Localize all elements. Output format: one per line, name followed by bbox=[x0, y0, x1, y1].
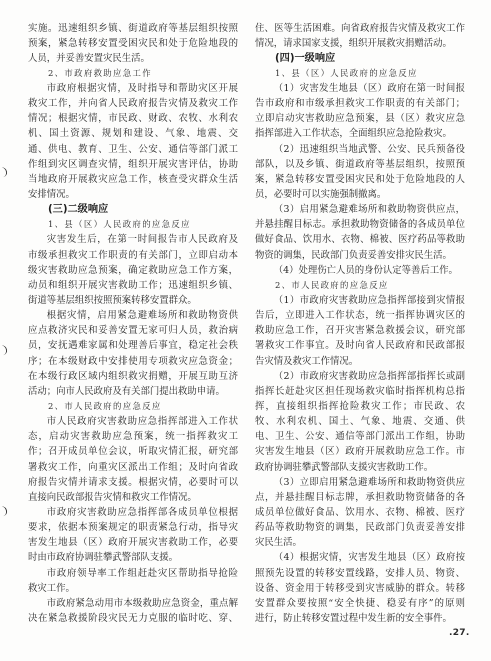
text-line: 政府协调驻攀武警部队支援灾害救助工作。 bbox=[255, 460, 465, 475]
text-line: 市人民政府灾害救助应急指挥部进入工作状 bbox=[28, 414, 238, 429]
text-line: 预案，紧急转移安置受困灾民和处于危险地段的 bbox=[28, 36, 238, 51]
text-line: 成员单位做好食品、饮用水、衣物、棉被、医疗 bbox=[255, 505, 465, 520]
section-heading: (三)二级响应 bbox=[28, 202, 238, 217]
text-line: （2）迅速组织当地武警、公安、民兵预备役 bbox=[255, 142, 465, 157]
text-line: 署救灾工作，向重灾区派出工作组；及时向省政 bbox=[28, 460, 238, 475]
text-line: 人员，并妥善安置灾民生活。 bbox=[28, 51, 238, 66]
text-line: 电、卫生、公安、通信等部门派出工作组，协助 bbox=[255, 429, 465, 444]
text-line: 案，紧急转移安置受困灾民和处于危险地段的人 bbox=[255, 172, 465, 187]
text-line: 住、医等生活困难。向省政府报告灾情及救灾工作 bbox=[255, 21, 465, 36]
text-line: 在本级行政区域内组织救灾捐赠，开展互助互济 bbox=[28, 369, 238, 384]
section-heading: (四)一级响应 bbox=[255, 51, 465, 66]
text-line: （4）根据灾情，灾害发生地县（区）政府按 bbox=[255, 550, 465, 565]
text-line: 部队，以及乡镇、街道政府等基层组织，按照预 bbox=[255, 157, 465, 172]
paragraph: （3）立即启用紧急避难场所和救助物资供应 点，并悬挂醒目标志牌，承担救助物资储备… bbox=[255, 475, 465, 551]
text-line: 府报告灾情并请求支援。根据灾情，必要时可以 bbox=[28, 475, 238, 490]
text-line: 市级承担救灾工作职责的有关部门，立即启动本 bbox=[28, 248, 238, 263]
text-line: 害发生地县（区）政府开展灾害救助工作，必要 bbox=[28, 535, 238, 550]
text-line: 员，必要时可以实施强制撤离。 bbox=[255, 187, 465, 202]
subsection-heading: 2、市政府救助应急工作 bbox=[28, 66, 238, 81]
text-line: 决在紧急救援阶段灾民无力克服的临时吃、穿、 bbox=[28, 611, 238, 626]
binding-mark bbox=[0, 166, 8, 177]
paragraph: （3）启用紧急避难场所和救助物资供应点， 并悬挂醒目标志。承担救助物资储备的各成… bbox=[255, 202, 465, 263]
paragraph: 市政府灾害救助应急指挥部各成员单位根据 要求，依据本预案规定的职责紧急行动，指导… bbox=[28, 505, 238, 566]
text-line: 当地政府开展救灾应急工作，核查受灾群众生活 bbox=[28, 172, 238, 187]
document-page: 实施。迅速组织乡镇、街道政府等基层组织按照 预案，紧急转移安置受困灾民和处于危险… bbox=[0, 0, 491, 661]
right-column: 住、医等生活困难。向省政府报告灾情及救灾工作 情况，请求国家支援，组织开展救灾捐… bbox=[255, 21, 465, 627]
text-line: 牧、水利农机、国土、气象、地震、交通、供 bbox=[255, 414, 465, 429]
text-line: 动员和组织开展灾害救助工作；迅速组织乡镇、 bbox=[28, 278, 238, 293]
text-line: 立即启动灾害救助应急预案，县（区）救灾应急 bbox=[255, 111, 465, 126]
paragraph: （1）市政府灾害救助应急指挥部接到灾情报 告后，立即进入工作状态，统一指挥协调灾… bbox=[255, 293, 465, 369]
paragraph: 市人民政府灾害救助应急指挥部进入工作状 态，启动灾害救助应急预案，统一指挥救灾工… bbox=[28, 414, 238, 505]
text-line: 指挥长赶赴灾区担任现场救灾临时指挥机构总指 bbox=[255, 384, 465, 399]
text-line: 设备、资金用于转移受到灾害威胁的群众。转移 bbox=[255, 581, 465, 596]
text-line: 安排情况。 bbox=[28, 187, 238, 202]
text-line: 挥，直接组织指挥抢险救灾工作；市民政、农 bbox=[255, 399, 465, 414]
paragraph: 市政府领导率工作组赶赴灾区帮助指导抢险 救灾工作。 bbox=[28, 566, 238, 596]
paragraph: （4）处理伤亡人员的身份认定等善后工作。 bbox=[255, 263, 465, 278]
text-line: 安置群众要按照“安全快捷、稳妥有序”的原则 bbox=[255, 596, 465, 611]
binding-mark bbox=[0, 505, 8, 516]
text-line: （3）立即启用紧急避难场所和救助物资供应 bbox=[255, 475, 465, 490]
text-line: 作；召开成员单位会议，听取灾情汇报，研究部 bbox=[28, 444, 238, 459]
text-line: 救灾工作。 bbox=[28, 581, 238, 596]
text-line: 实施。迅速组织乡镇、街道政府等基层组织按照 bbox=[28, 21, 238, 36]
binding-mark bbox=[0, 344, 8, 355]
paragraph: 市政府紧急动用市本级救助应急资金，重点解 决在紧急救援阶段灾民无力克服的临时吃、… bbox=[28, 596, 238, 626]
paragraph: （2）迅速组织当地武警、公安、民兵预备役 部队，以及乡镇、街道政府等基层组织，按… bbox=[255, 142, 465, 203]
text-line: 通、供电、教育、卫生、公安、通信等部门派工 bbox=[28, 142, 238, 157]
text-line: 级灾害救助应急预案，确定救助应急工作方案， bbox=[28, 263, 238, 278]
left-column: 实施。迅速组织乡镇、街道政府等基层组织按照 预案，紧急转移安置受困灾民和处于危险… bbox=[28, 21, 238, 627]
paragraph: 住、医等生活困难。向省政府报告灾情及救灾工作 情况，请求国家支援，组织开展救灾捐… bbox=[255, 21, 465, 51]
text-line: 情况；根据灾情，市民政、财政、农牧、水利农 bbox=[28, 111, 238, 126]
text-line: 时由市政府协调驻攀武警部队支援。 bbox=[28, 550, 238, 565]
page-number: .27. bbox=[449, 628, 470, 638]
text-line: （1）灾害发生地县（区）政府在第一时间报 bbox=[255, 81, 465, 96]
text-line: 街道等基层组织按照预案转移安置群众。 bbox=[28, 293, 238, 308]
subsection-heading: 2、市人民政府的应急反应 bbox=[28, 399, 238, 414]
paragraph: （4）根据灾情，灾害发生地县（区）政府按 照预先设置的转移安置线路，安排人员、物… bbox=[255, 550, 465, 626]
paragraph: 市政府根据灾情，及时指导和帮助灾区开展 救灾工作，并向省人民政府报告灾情及救灾工… bbox=[28, 81, 238, 202]
text-line: 物资的调集，民政部门负责妥善安排灾民生活。 bbox=[255, 248, 465, 263]
text-line: 机、国土资源、规划和建设、气象、地震、交 bbox=[28, 126, 238, 141]
text-line: 照预先设置的转移安置线路，安排人员、物资、 bbox=[255, 566, 465, 581]
text-line: （4）处理伤亡人员的身份认定等善后工作。 bbox=[255, 263, 465, 278]
text-line: （1）市政府灾害救助应急指挥部接到灾情报 bbox=[255, 293, 465, 308]
text-line: 市政府灾害救助应急指挥部各成员单位根据 bbox=[28, 505, 238, 520]
text-line: 并悬挂醒目标志。承担救助物资储备的各成员单位 bbox=[255, 217, 465, 232]
text-line: （3）启用紧急避难场所和救助物资供应点， bbox=[255, 202, 465, 217]
text-line: 员，安抚遇难家属和处理善后事宜，稳定社会秩 bbox=[28, 338, 238, 353]
paragraph: 根据灾情，启用紧急避难场所和救助物资供 应点救济灾民和妥善安置无家可归人员，救治… bbox=[28, 308, 238, 399]
text-line: 指挥部进入工作状态，全面组织应急抢险救灾。 bbox=[255, 126, 465, 141]
text-line: 直接向民政部报告灾情和救灾工作情况。 bbox=[28, 490, 238, 505]
text-line: 进行，防止转移安置过程中发生新的安全事件。 bbox=[255, 611, 465, 626]
text-line: 根据灾情，启用紧急避难场所和救助物资供 bbox=[28, 308, 238, 323]
text-line: 点，并悬挂醒目标志牌，承担救助物资储备的各 bbox=[255, 490, 465, 505]
paragraph: （2）市政府灾害救助应急指挥部指挥长或副 指挥长赶赴灾区担任现场救灾临时指挥机构… bbox=[255, 369, 465, 475]
paragraph: 实施。迅速组织乡镇、街道政府等基层组织按照 预案，紧急转移安置受困灾民和处于危险… bbox=[28, 21, 238, 66]
text-line: 救灾工作，并向省人民政府报告灾情及救灾工作 bbox=[28, 96, 238, 111]
text-line: 市政府领导率工作组赶赴灾区帮助指导抢险 bbox=[28, 566, 238, 581]
text-line: 做好食品、饮用水、衣物、棉被、医疗药品等救助 bbox=[255, 232, 465, 247]
text-line: 市政府根据灾情，及时指导和帮助灾区开展 bbox=[28, 81, 238, 96]
text-line: 告后，立即进入工作状态，统一指挥协调灾区的 bbox=[255, 308, 465, 323]
subsection-heading: 1、县（区）人民政府的应急反应 bbox=[255, 66, 465, 81]
text-line: 情况，请求国家支援，组织开展救灾捐赠活动。 bbox=[255, 36, 465, 51]
text-line: 要求，依据本预案规定的职责紧急行动，指导灾 bbox=[28, 520, 238, 535]
text-line: （2）市政府灾害救助应急指挥部指挥长或副 bbox=[255, 369, 465, 384]
paragraph: （1）灾害发生地县（区）政府在第一时间报 告市政府和市级承担救灾工作职责的有关部… bbox=[255, 81, 465, 142]
text-line: 救助应急工作，召开灾害紧急救援会议，研究部 bbox=[255, 323, 465, 338]
text-line: 作组到灾区调查灾情，组织开展灾害评估，协助 bbox=[28, 157, 238, 172]
text-line: 告灾情及救灾工作情况。 bbox=[255, 354, 465, 369]
text-line: 告市政府和市级承担救灾工作职责的有关部门； bbox=[255, 96, 465, 111]
text-line: 应点救济灾民和妥善安置无家可归人员，救治病 bbox=[28, 323, 238, 338]
text-line: 灾害发生后，在第一时间报告市人民政府及 bbox=[28, 232, 238, 247]
text-line: 灾害发生地县（区）政府开展救助应急工作。市 bbox=[255, 444, 465, 459]
text-line: 活动；向市人民政府及有关部门提出救助申请。 bbox=[28, 384, 238, 399]
text-line: 序；在本级财政中安排使用专项救灾应急资金； bbox=[28, 354, 238, 369]
text-line: 灾民生活。 bbox=[255, 535, 465, 550]
subsection-heading: 2、市人民政府的应急反应 bbox=[255, 278, 465, 293]
text-line: 药品等救助物资的调集，民政部门负责妥善安排 bbox=[255, 520, 465, 535]
text-line: 市政府紧急动用市本级救助应急资金，重点解 bbox=[28, 596, 238, 611]
paragraph: 灾害发生后，在第一时间报告市人民政府及 市级承担救灾工作职责的有关部门，立即启动… bbox=[28, 232, 238, 308]
subsection-heading: 1、县（区）人民政府的应急反应 bbox=[28, 217, 238, 232]
text-line: 署救灾工作事宜。及时向省人民政府和民政部报 bbox=[255, 338, 465, 353]
text-line: 态，启动灾害救助应急预案，统一指挥救灾工 bbox=[28, 429, 238, 444]
